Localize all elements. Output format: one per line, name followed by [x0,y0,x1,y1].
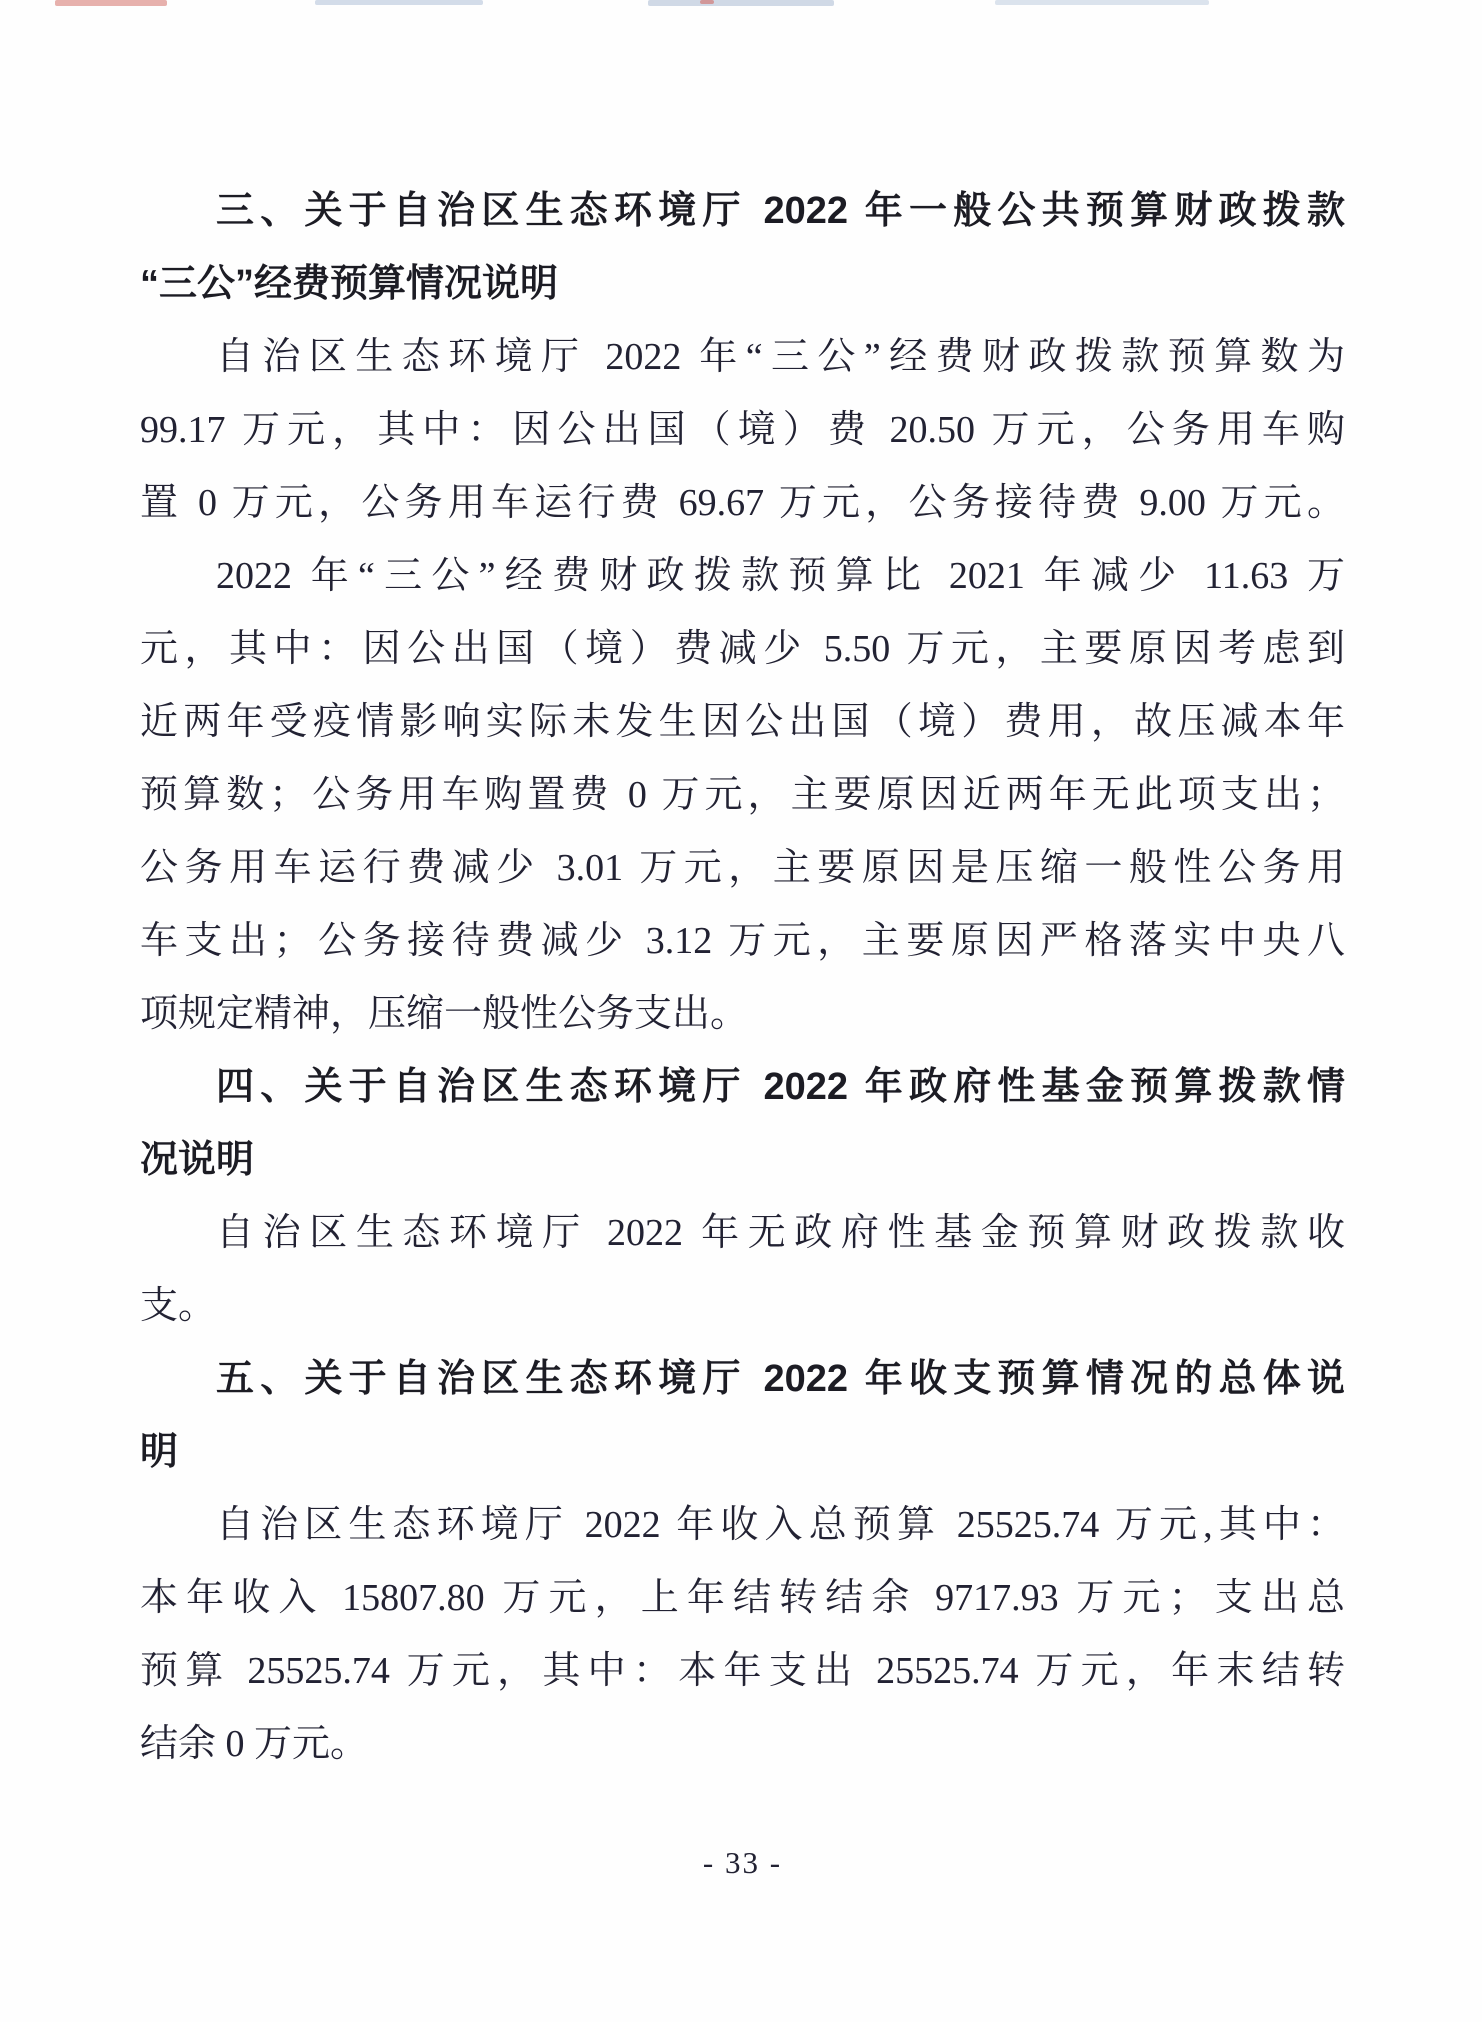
heading-line: 况说明 [140,1124,1345,1197]
body-line: 自治区生态环境厅 2022 年“三公”经费财政拨款预算数为 [140,321,1345,394]
body-line: 预算 25525.74 万元，其中：本年支出 25525.74 万元，年末结转 [140,1635,1345,1708]
section-four: 四、关于自治区生态环境厅 2022 年政府性基金预算拨款情 况说明 [140,1051,1345,1197]
section-three: 三、关于自治区生态环境厅 2022 年一般公共预算财政拨款 “三公”经费预算情况… [140,175,1345,321]
page-number: - 33 - [140,1845,1345,1881]
paragraph-total-budget: 自治区生态环境厅 2022 年收入总预算 25525.74 万元,其中： 本年收… [140,1489,1345,1781]
body-line: 预算数；公务用车购置费 0 万元，主要原因近两年无此项支出； [140,759,1345,832]
heading-line: 明 [140,1416,1345,1489]
scan-artifact [55,0,167,6]
scan-artifact [648,0,834,6]
body-line: 99.17 万元，其中：因公出国（境）费 20.50 万元，公务用车购 [140,394,1345,467]
body-line: 自治区生态环境厅 2022 年收入总预算 25525.74 万元,其中： [140,1489,1345,1562]
body-line: 置 0 万元，公务用车运行费 69.67 万元，公务接待费 9.00 万元。 [140,467,1345,540]
document-page: 三、关于自治区生态环境厅 2022 年一般公共预算财政拨款 “三公”经费预算情况… [0,0,1482,2022]
body-line: 本年收入 15807.80 万元，上年结转结余 9717.93 万元；支出总 [140,1562,1345,1635]
heading-line: “三公”经费预算情况说明 [140,248,1345,321]
body-line: 支。 [140,1270,1345,1343]
paragraph-sangong-budget: 自治区生态环境厅 2022 年“三公”经费财政拨款预算数为 99.17 万元，其… [140,321,1345,540]
body-line: 自治区生态环境厅 2022 年无政府性基金预算财政拨款收 [140,1197,1345,1270]
heading-line: 四、关于自治区生态环境厅 2022 年政府性基金预算拨款情 [140,1051,1345,1124]
section-five: 五、关于自治区生态环境厅 2022 年收支预算情况的总体说 明 [140,1343,1345,1489]
paragraph-sangong-change: 2022 年“三公”经费财政拨款预算比 2021 年减少 11.63 万 元，其… [140,540,1345,1051]
body-line: 近两年受疫情影响实际未发生因公出国（境）费用，故压减本年 [140,686,1345,759]
heading-line: 三、关于自治区生态环境厅 2022 年一般公共预算财政拨款 [140,175,1345,248]
scan-artifact [700,0,714,4]
body-line: 公务用车运行费减少 3.01 万元，主要原因是压缩一般性公务用 [140,832,1345,905]
body-line: 元，其中：因公出国（境）费减少 5.50 万元，主要原因考虑到 [140,613,1345,686]
heading-line: 五、关于自治区生态环境厅 2022 年收支预算情况的总体说 [140,1343,1345,1416]
paragraph-government-fund: 自治区生态环境厅 2022 年无政府性基金预算财政拨款收 支。 [140,1197,1345,1343]
body-line: 结余 0 万元。 [140,1708,1345,1781]
scan-artifact [995,0,1209,5]
body-line: 车支出；公务接待费减少 3.12 万元，主要原因严格落实中央八 [140,905,1345,978]
body-line: 2022 年“三公”经费财政拨款预算比 2021 年减少 11.63 万 [140,540,1345,613]
body-line: 项规定精神，压缩一般性公务支出。 [140,978,1345,1051]
scan-artifact [315,0,483,5]
